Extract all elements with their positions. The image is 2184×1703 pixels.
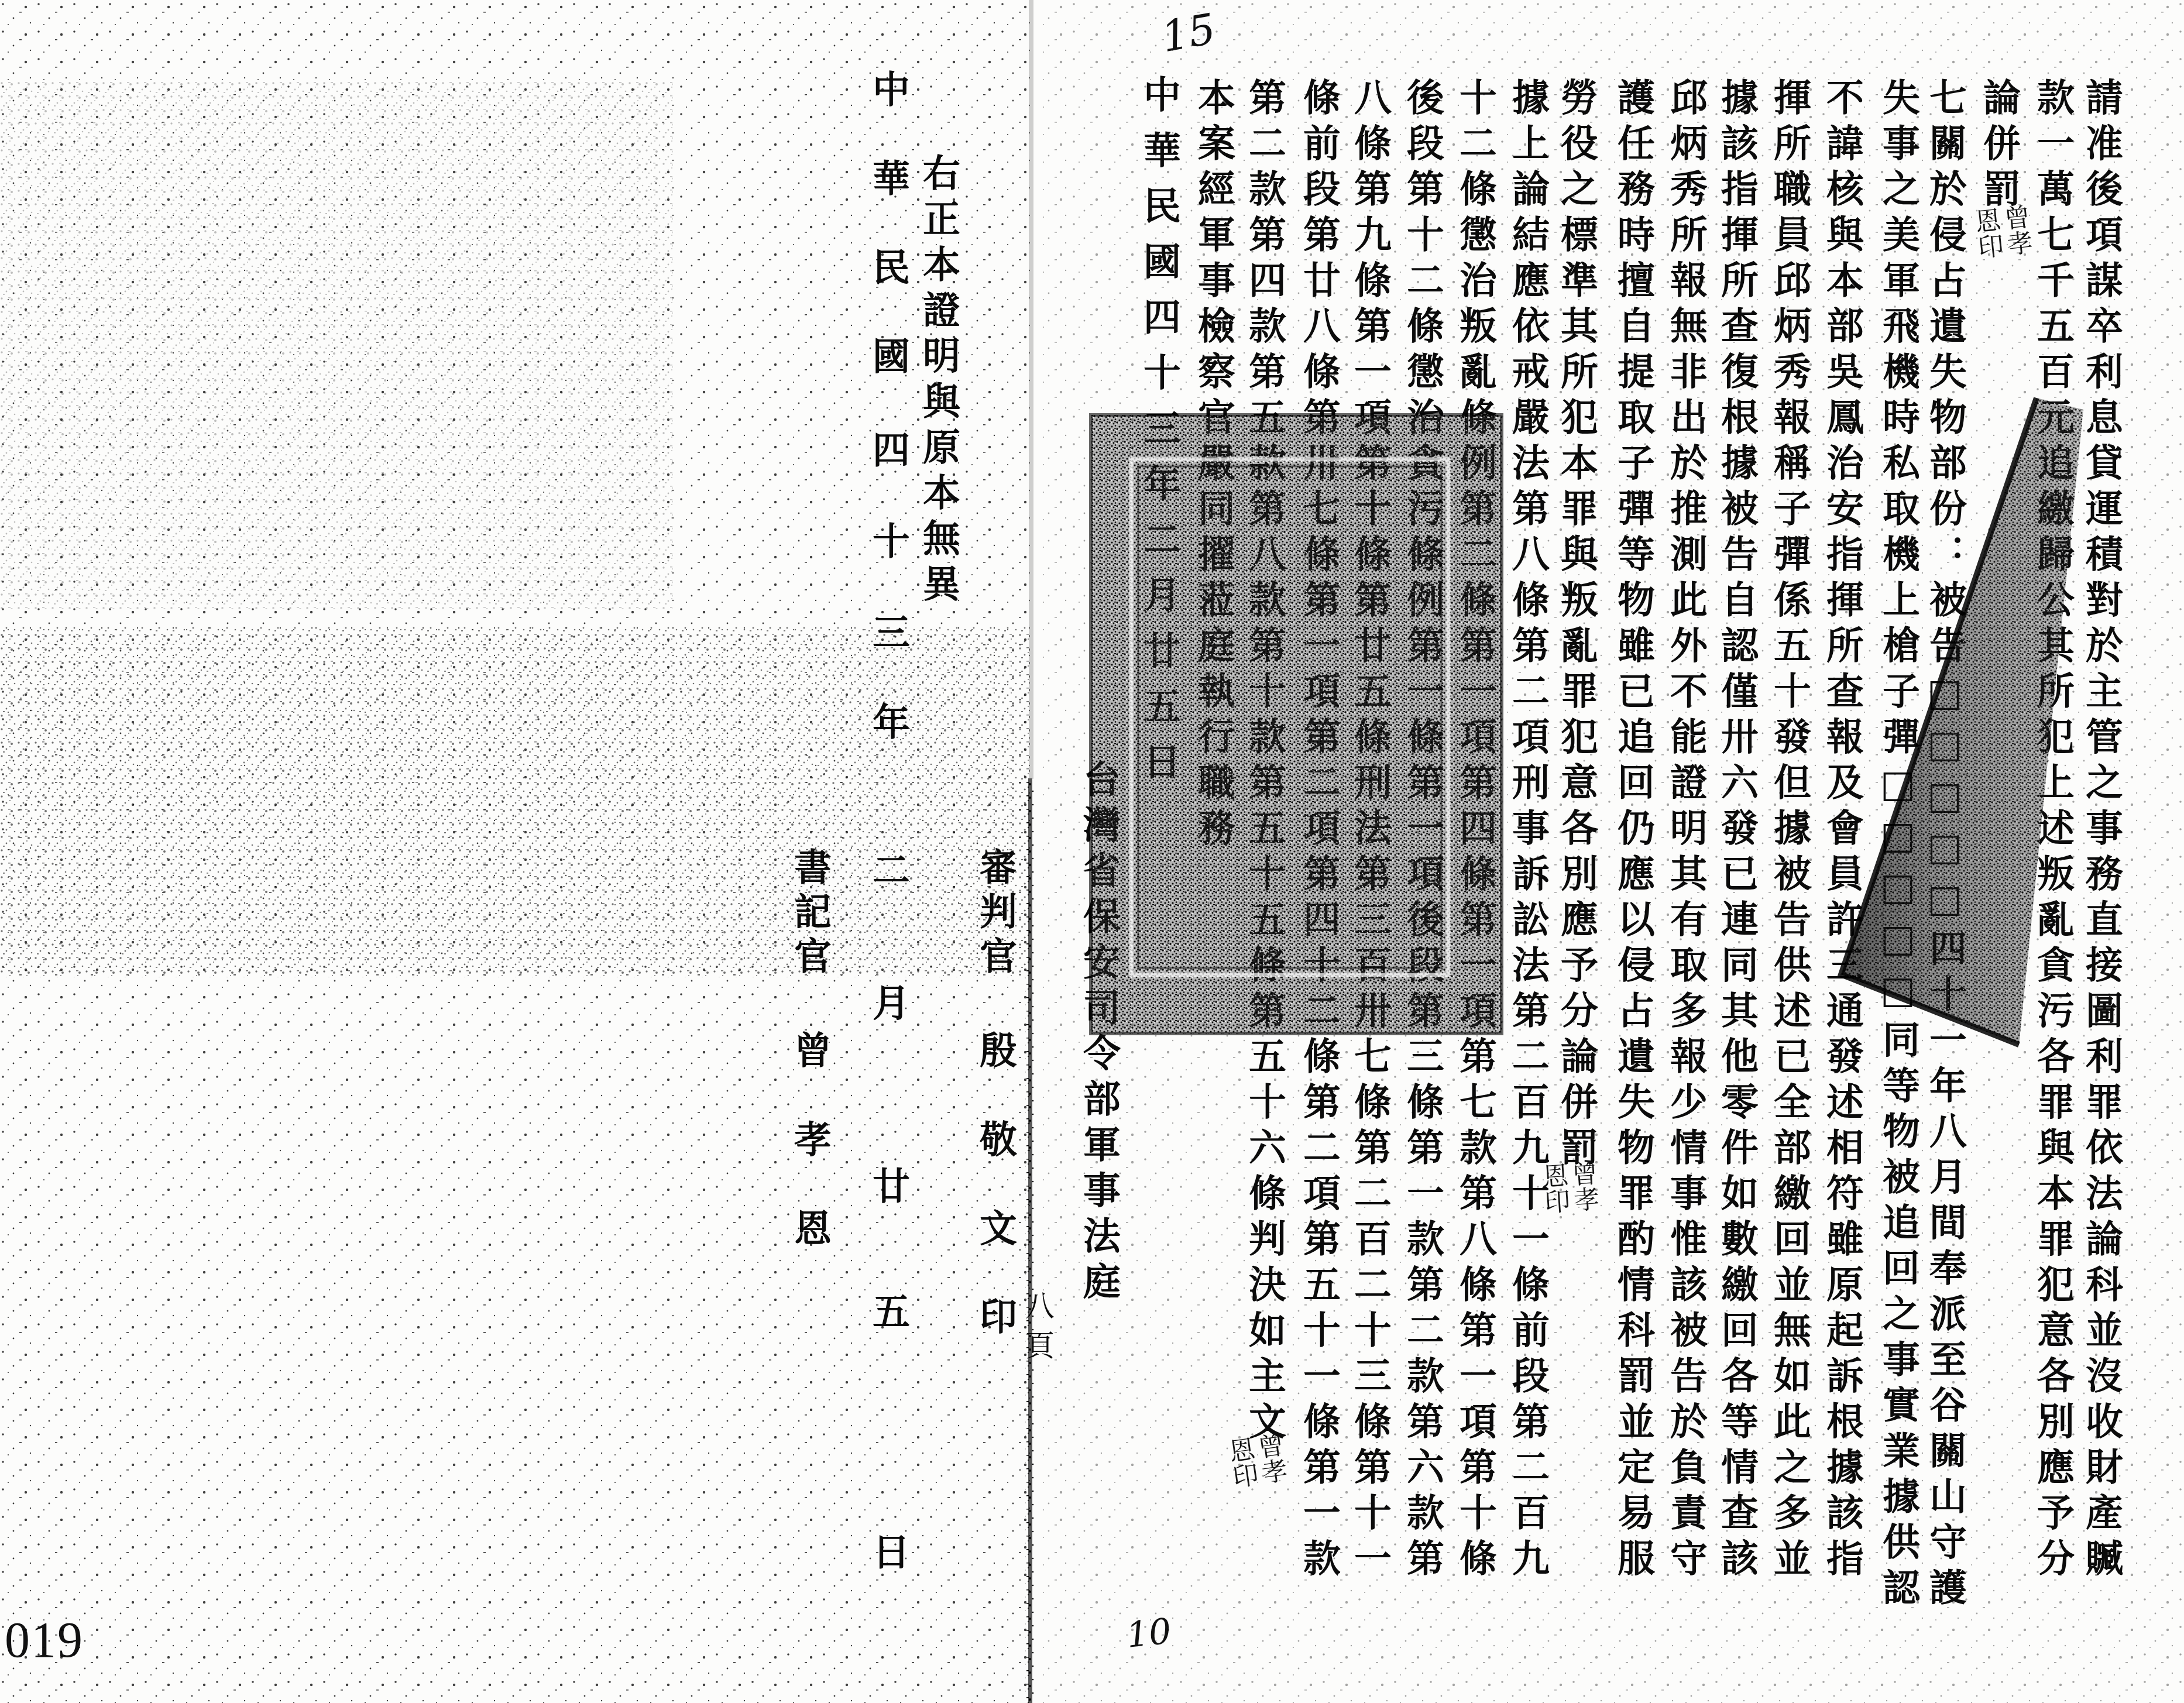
date-month: 二 [869, 850, 906, 888]
handwritten-folio-top: 15 [1158, 4, 1219, 62]
judgment-column-6: 不諱核與本部吳鳳治安指揮所查報及會員許三通發述相符雖原起訴根據該指 [1823, 78, 1860, 1584]
fold-line-core [1028, 778, 1032, 1703]
judgment-column-8: 據該指揮所查復根據被告自認僅卅六發已連同其他零件如數繳回各等情查該 [1718, 78, 1755, 1584]
judgment-column-14: 後段第十二條懲治貪污條例第一條第一項後段第三條第一款第二款第六款第 [1403, 78, 1441, 1584]
clerk-seal-stamp: 曾孝恩印 [1223, 1431, 1289, 1498]
clerk-seal-stamp: 曾孝恩印 [1969, 203, 2034, 267]
date-year: 四十三 [869, 430, 906, 704]
judgment-column-7: 揮所職員邱炳秀報稱子彈係五十發但據被告供述已全部繳回並無如此之多並 [1770, 78, 1808, 1584]
prosecutor-line: 本案經軍事檢察官嚴同擢蒞庭執行職務 [1194, 78, 1232, 854]
clerk-title: 書記官 [791, 847, 828, 981]
judgment-column-5: 失事之美軍飛機時私取機上槍子彈□□□□□同等物被追回之事實業據供認 [1879, 78, 1917, 1613]
judgment-column-3: 論併罰 [1980, 78, 2017, 215]
noise-patch [0, 82, 673, 609]
court-name: 台灣省保安司令部軍事法庭 [1080, 760, 1117, 1307]
judgment-column-2: 款一萬七千五百元追繳歸公其所犯上述叛亂貪污各罪與本罪犯意各別應予分 [2034, 78, 2071, 1584]
certification-statement: 右正本證明與原本無異 [919, 153, 957, 610]
judgment-column-15: 八條第九條第一項第十條第廿五條刑法第三百卅七條第二百二十三條第十一 [1351, 78, 1388, 1584]
judge-title: 審判官 [976, 847, 1014, 981]
handwritten-folio-bottom: 10 [1125, 1611, 1173, 1656]
date-day-unit: 日 [869, 1532, 906, 1570]
page-number: 019 [5, 1611, 84, 1669]
judgment-column-13: 十二條懲治叛亂條例第二條第一項第四條第一項第七款第八條第一項第十條 [1456, 78, 1493, 1584]
fold-line [1025, 778, 1036, 1703]
fold-note: 八頁 [1023, 1290, 1052, 1370]
fold-line-faint [1029, 0, 1033, 778]
judge-seal-mark: 印 [976, 1297, 1014, 1334]
judgment-date: 中華民國四十三年二月廿五日 [1140, 75, 1177, 798]
date-prefix: 中華民國 [869, 70, 906, 425]
clerk-name: 曾孝恩 [791, 1031, 828, 1297]
date-month-unit: 月 [869, 983, 906, 1021]
judge-name: 殷敬文 [976, 1031, 1014, 1297]
judgment-column-10: 護任務時擅自提取子彈等物雖已追回仍應以侵占遺失物罪酌情科罰並定易服 [1614, 78, 1651, 1584]
judgment-column-17: 第二款第四款第五款第八款第十款第五十五條第五十六條判決如主文 [1245, 78, 1283, 1447]
judgment-column-12: 據上論結應依戒嚴法第八條第二項刑事訴訟法第二百九十一條前段第二百九 [1509, 78, 1546, 1584]
judgment-column-4: 七關於侵占遺失物部份：被告□□□□□四十一年八月間奉派至谷關山守護 [1926, 78, 1963, 1613]
clerk-seal-stamp: 曾孝恩印 [1537, 1160, 1600, 1223]
judgment-column-11: 勞役之標準其所犯本罪與叛亂罪犯意各別應予分論併罰 [1557, 78, 1595, 1173]
judgment-column-1: 請准後項謀卒利息貸運積對於主管之事務直接圖利罪依法論科並沒收財產贓 [2082, 78, 2120, 1584]
judgment-column-16: 條前段第廿八條第卅七條第一項第二項第四十二條第二項第五十一條第一款 [1300, 78, 1337, 1584]
judgment-column-9: 邱炳秀所報無非出於推測此外不能證明其有取多報少情事惟該被告於負責守 [1667, 78, 1704, 1584]
date-year-unit: 年 [869, 702, 906, 740]
date-day: 廿五 [869, 1166, 906, 1417]
